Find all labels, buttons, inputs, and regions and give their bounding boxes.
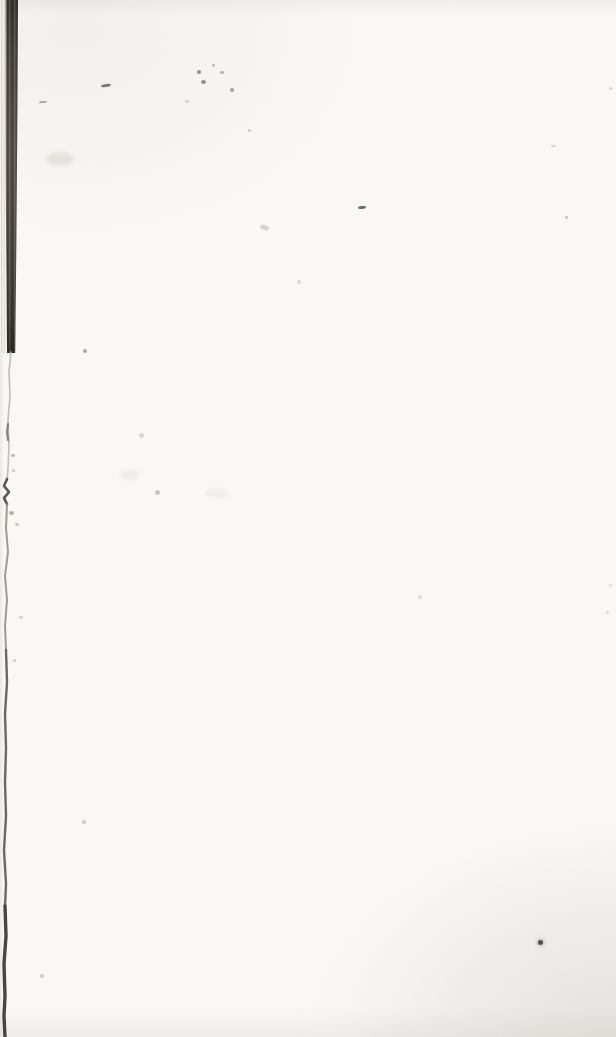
dust-speck bbox=[139, 433, 144, 438]
dust-speck bbox=[205, 488, 229, 498]
dust-speck bbox=[11, 454, 15, 457]
dust-speck bbox=[220, 71, 224, 74]
dust-speck bbox=[9, 511, 14, 515]
paper-shading-top-left bbox=[0, 0, 420, 330]
paper-shading-top-edge bbox=[0, 0, 616, 16]
page-edge-streaks-lower bbox=[0, 353, 4, 1037]
dust-speck bbox=[248, 129, 251, 132]
dust-speck bbox=[418, 595, 422, 599]
dust-speck bbox=[46, 152, 74, 166]
dust-speck bbox=[297, 280, 301, 284]
dust-speck bbox=[358, 206, 366, 210]
dust-speck bbox=[551, 144, 556, 147]
dust-speck bbox=[155, 490, 160, 495]
corner-scan-noise bbox=[296, 817, 616, 1037]
paper-shading-bottom-edge bbox=[0, 1007, 616, 1037]
dust-speck bbox=[197, 70, 201, 74]
paper-grain-texture bbox=[0, 0, 616, 1037]
dust-speck bbox=[82, 820, 86, 824]
dust-speck bbox=[609, 584, 612, 587]
dust-speck bbox=[185, 100, 189, 103]
dust-speck bbox=[39, 101, 47, 104]
scanned-blank-book-page bbox=[0, 0, 616, 1037]
dust-speck bbox=[201, 80, 206, 84]
dust-speck bbox=[212, 64, 215, 67]
dust-speck bbox=[259, 224, 269, 232]
dust-speck bbox=[120, 470, 140, 480]
dust-speck bbox=[565, 216, 568, 219]
dust-speck bbox=[15, 523, 19, 526]
dust-speck bbox=[19, 616, 23, 619]
dust-speck bbox=[13, 659, 16, 662]
dust-speck bbox=[606, 611, 609, 614]
dust-speck bbox=[101, 83, 111, 87]
dust-speck bbox=[538, 940, 543, 945]
dust-speck bbox=[40, 974, 44, 978]
dust-speck bbox=[12, 469, 15, 472]
paper-shading-bottom-right-corner bbox=[316, 817, 616, 1037]
dust-speck bbox=[609, 87, 612, 90]
dust-specks bbox=[0, 0, 616, 1037]
dust-speck bbox=[83, 349, 87, 353]
dust-speck bbox=[230, 88, 234, 92]
